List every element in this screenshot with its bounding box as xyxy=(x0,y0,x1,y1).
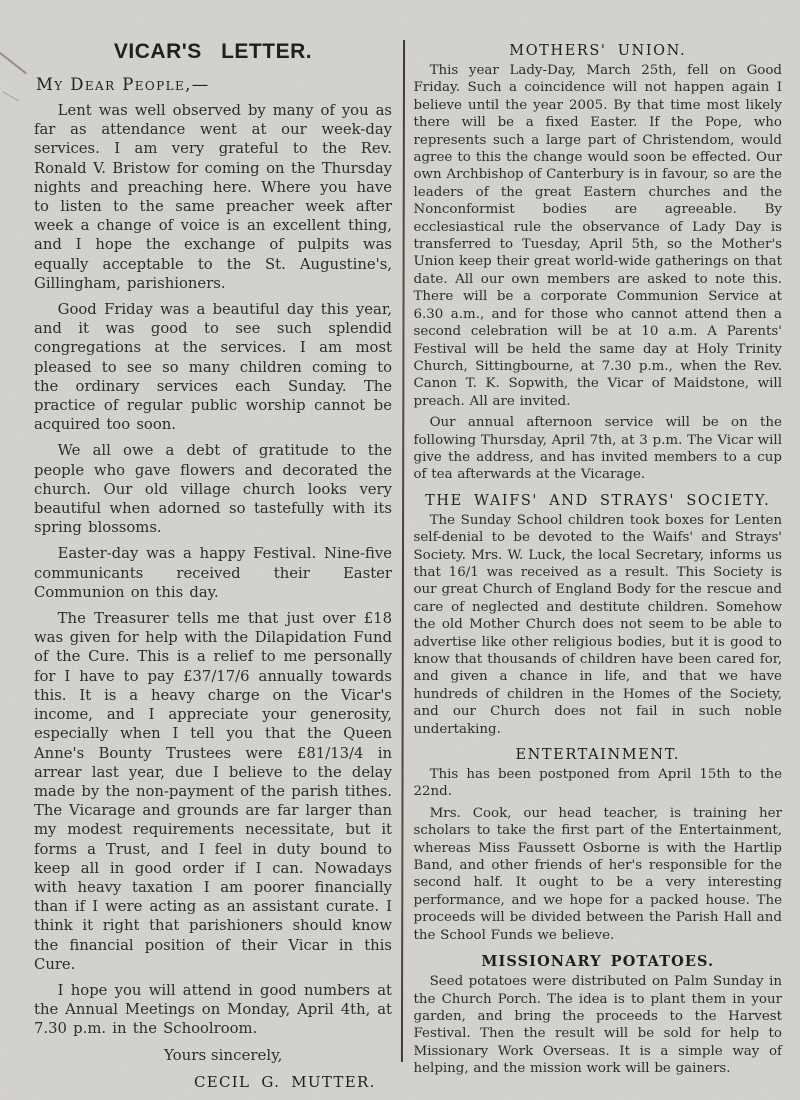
letter-paragraph: I hope you will attend in good numbers a… xyxy=(34,981,392,1039)
section-paragraph: This has been postponed from April 15th … xyxy=(414,766,783,801)
section-missionary-potatoes: MISSIONARY POTATOES. Seed potatoes were … xyxy=(414,953,783,1077)
letter-paragraph: Lent was well observed by many of you as… xyxy=(34,101,392,293)
parish-magazine-page: VICAR'S LETTER. My Dear People,— Lent wa… xyxy=(0,0,800,1100)
section-paragraph: The Sunday School children took boxes fo… xyxy=(414,512,783,738)
letter-paragraph: Easter-day was a happy Festival. Nine-fi… xyxy=(34,544,392,602)
section-heading: ENTERTAINMENT. xyxy=(414,747,783,763)
letter-paragraph: The Treasurer tells me that just over £1… xyxy=(34,609,392,974)
section-heading: MOTHERS' UNION. xyxy=(414,43,783,59)
two-column-layout: VICAR'S LETTER. My Dear People,— Lent wa… xyxy=(34,40,782,1062)
parish-news-column: MOTHERS' UNION. This year Lady-Day, Marc… xyxy=(414,40,783,1062)
scan-artifact xyxy=(0,52,27,74)
section-entertainment: ENTERTAINMENT. This has been postponed f… xyxy=(414,747,783,944)
letter-closing: Yours sincerely, xyxy=(34,1046,392,1064)
letter-paragraph: Good Friday was a beautiful day this yea… xyxy=(34,300,392,434)
section-heading: MISSIONARY POTATOES. xyxy=(414,953,783,970)
section-paragraph: Seed potatoes were distributed on Palm S… xyxy=(414,973,783,1077)
section-paragraph: Our annual afternoon service will be on … xyxy=(414,414,783,484)
section-paragraph: This year Lady-Day, March 25th, fell on … xyxy=(414,62,783,410)
vicars-letter-title: VICAR'S LETTER. xyxy=(34,40,392,64)
section-heading: THE WAIFS' AND STRAYS' SOCIETY. xyxy=(414,493,783,509)
section-waifs-and-strays: THE WAIFS' AND STRAYS' SOCIETY. The Sund… xyxy=(414,493,783,738)
salutation: My Dear People,— xyxy=(36,75,392,94)
letter-signature: CECIL G. MUTTER. xyxy=(34,1073,392,1091)
vicars-letter-column: VICAR'S LETTER. My Dear People,— Lent wa… xyxy=(34,40,402,1062)
letter-paragraph: We all owe a debt of gratitude to the pe… xyxy=(34,441,392,537)
section-mothers-union: MOTHERS' UNION. This year Lady-Day, Marc… xyxy=(414,43,783,484)
section-paragraph: Mrs. Cook, our head teacher, is training… xyxy=(414,805,783,944)
scan-artifact xyxy=(3,92,19,102)
